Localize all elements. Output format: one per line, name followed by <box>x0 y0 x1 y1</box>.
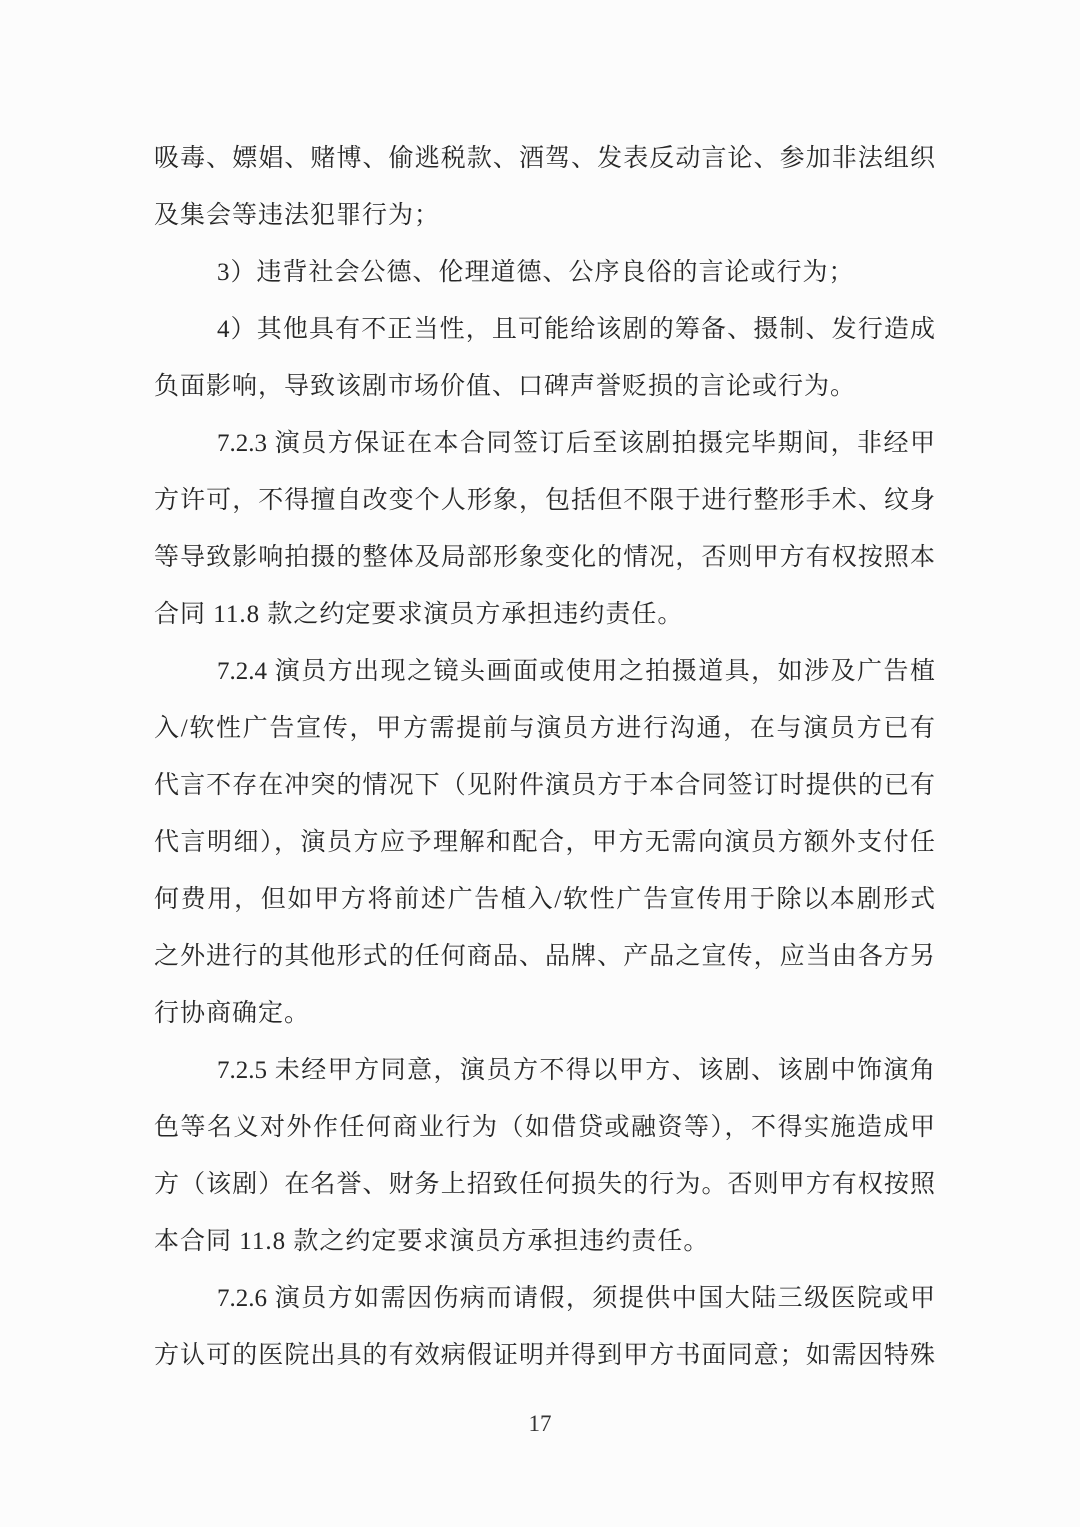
text-line: 4）其他具有不正当性，且可能给该剧的筹备、摄制、发行造成 <box>154 301 935 358</box>
text-line: 色等名义对外作任何商业行为（如借贷或融资等），不得实施造成甲 <box>154 1099 935 1156</box>
text-line: 入/软性广告宣传，甲方需提前与演员方进行沟通，在与演员方已有 <box>154 700 935 757</box>
text-line: 3）违背社会公德、伦理道德、公序良俗的言论或行为； <box>154 244 935 301</box>
text-line: 及集会等违法犯罪行为； <box>154 187 935 244</box>
text-line: 方认可的医院出具的有效病假证明并得到甲方书面同意；如需因特殊 <box>154 1327 935 1384</box>
text-line: 等导致影响拍摄的整体及局部形象变化的情况，否则甲方有权按照本 <box>154 529 935 586</box>
text-line: 7.2.3 演员方保证在本合同签订后至该剧拍摄完毕期间，非经甲 <box>154 415 935 472</box>
text-line: 代言明细），演员方应予理解和配合，甲方无需向演员方额外支付任 <box>154 814 935 871</box>
text-line: 负面影响，导致该剧市场价值、口碑声誉贬损的言论或行为。 <box>154 358 935 415</box>
text-line: 行协商确定。 <box>154 985 935 1042</box>
text-line: 吸毒、嫖娼、赌博、偷逃税款、酒驾、发表反动言论、参加非法组织 <box>154 130 935 187</box>
text-line: 合同 11.8 款之约定要求演员方承担违约责任。 <box>154 586 935 643</box>
text-line: 代言不存在冲突的情况下（见附件演员方于本合同签订时提供的已有 <box>154 757 935 814</box>
text-line: 本合同 11.8 款之约定要求演员方承担违约责任。 <box>154 1213 935 1270</box>
text-line: 7.2.5 未经甲方同意，演员方不得以甲方、该剧、该剧中饰演角 <box>154 1042 935 1099</box>
document-page: 吸毒、嫖娼、赌博、偷逃税款、酒驾、发表反动言论、参加非法组织及集会等违法犯罪行为… <box>0 0 1080 1527</box>
page-number: 17 <box>0 1404 1080 1444</box>
text-line: 7.2.6 演员方如需因伤病而请假，须提供中国大陆三级医院或甲 <box>154 1270 935 1327</box>
text-line: 方许可，不得擅自改变个人形象，包括但不限于进行整形手术、纹身 <box>154 472 935 529</box>
text-line: 7.2.4 演员方出现之镜头画面或使用之拍摄道具，如涉及广告植 <box>154 643 935 700</box>
text-line: 方（该剧）在名誉、财务上招致任何损失的行为。否则甲方有权按照 <box>154 1156 935 1213</box>
contract-text-block: 吸毒、嫖娼、赌博、偷逃税款、酒驾、发表反动言论、参加非法组织及集会等违法犯罪行为… <box>154 130 935 1384</box>
text-line: 何费用，但如甲方将前述广告植入/软性广告宣传用于除以本剧形式 <box>154 871 935 928</box>
text-line: 之外进行的其他形式的任何商品、品牌、产品之宣传，应当由各方另 <box>154 928 935 985</box>
